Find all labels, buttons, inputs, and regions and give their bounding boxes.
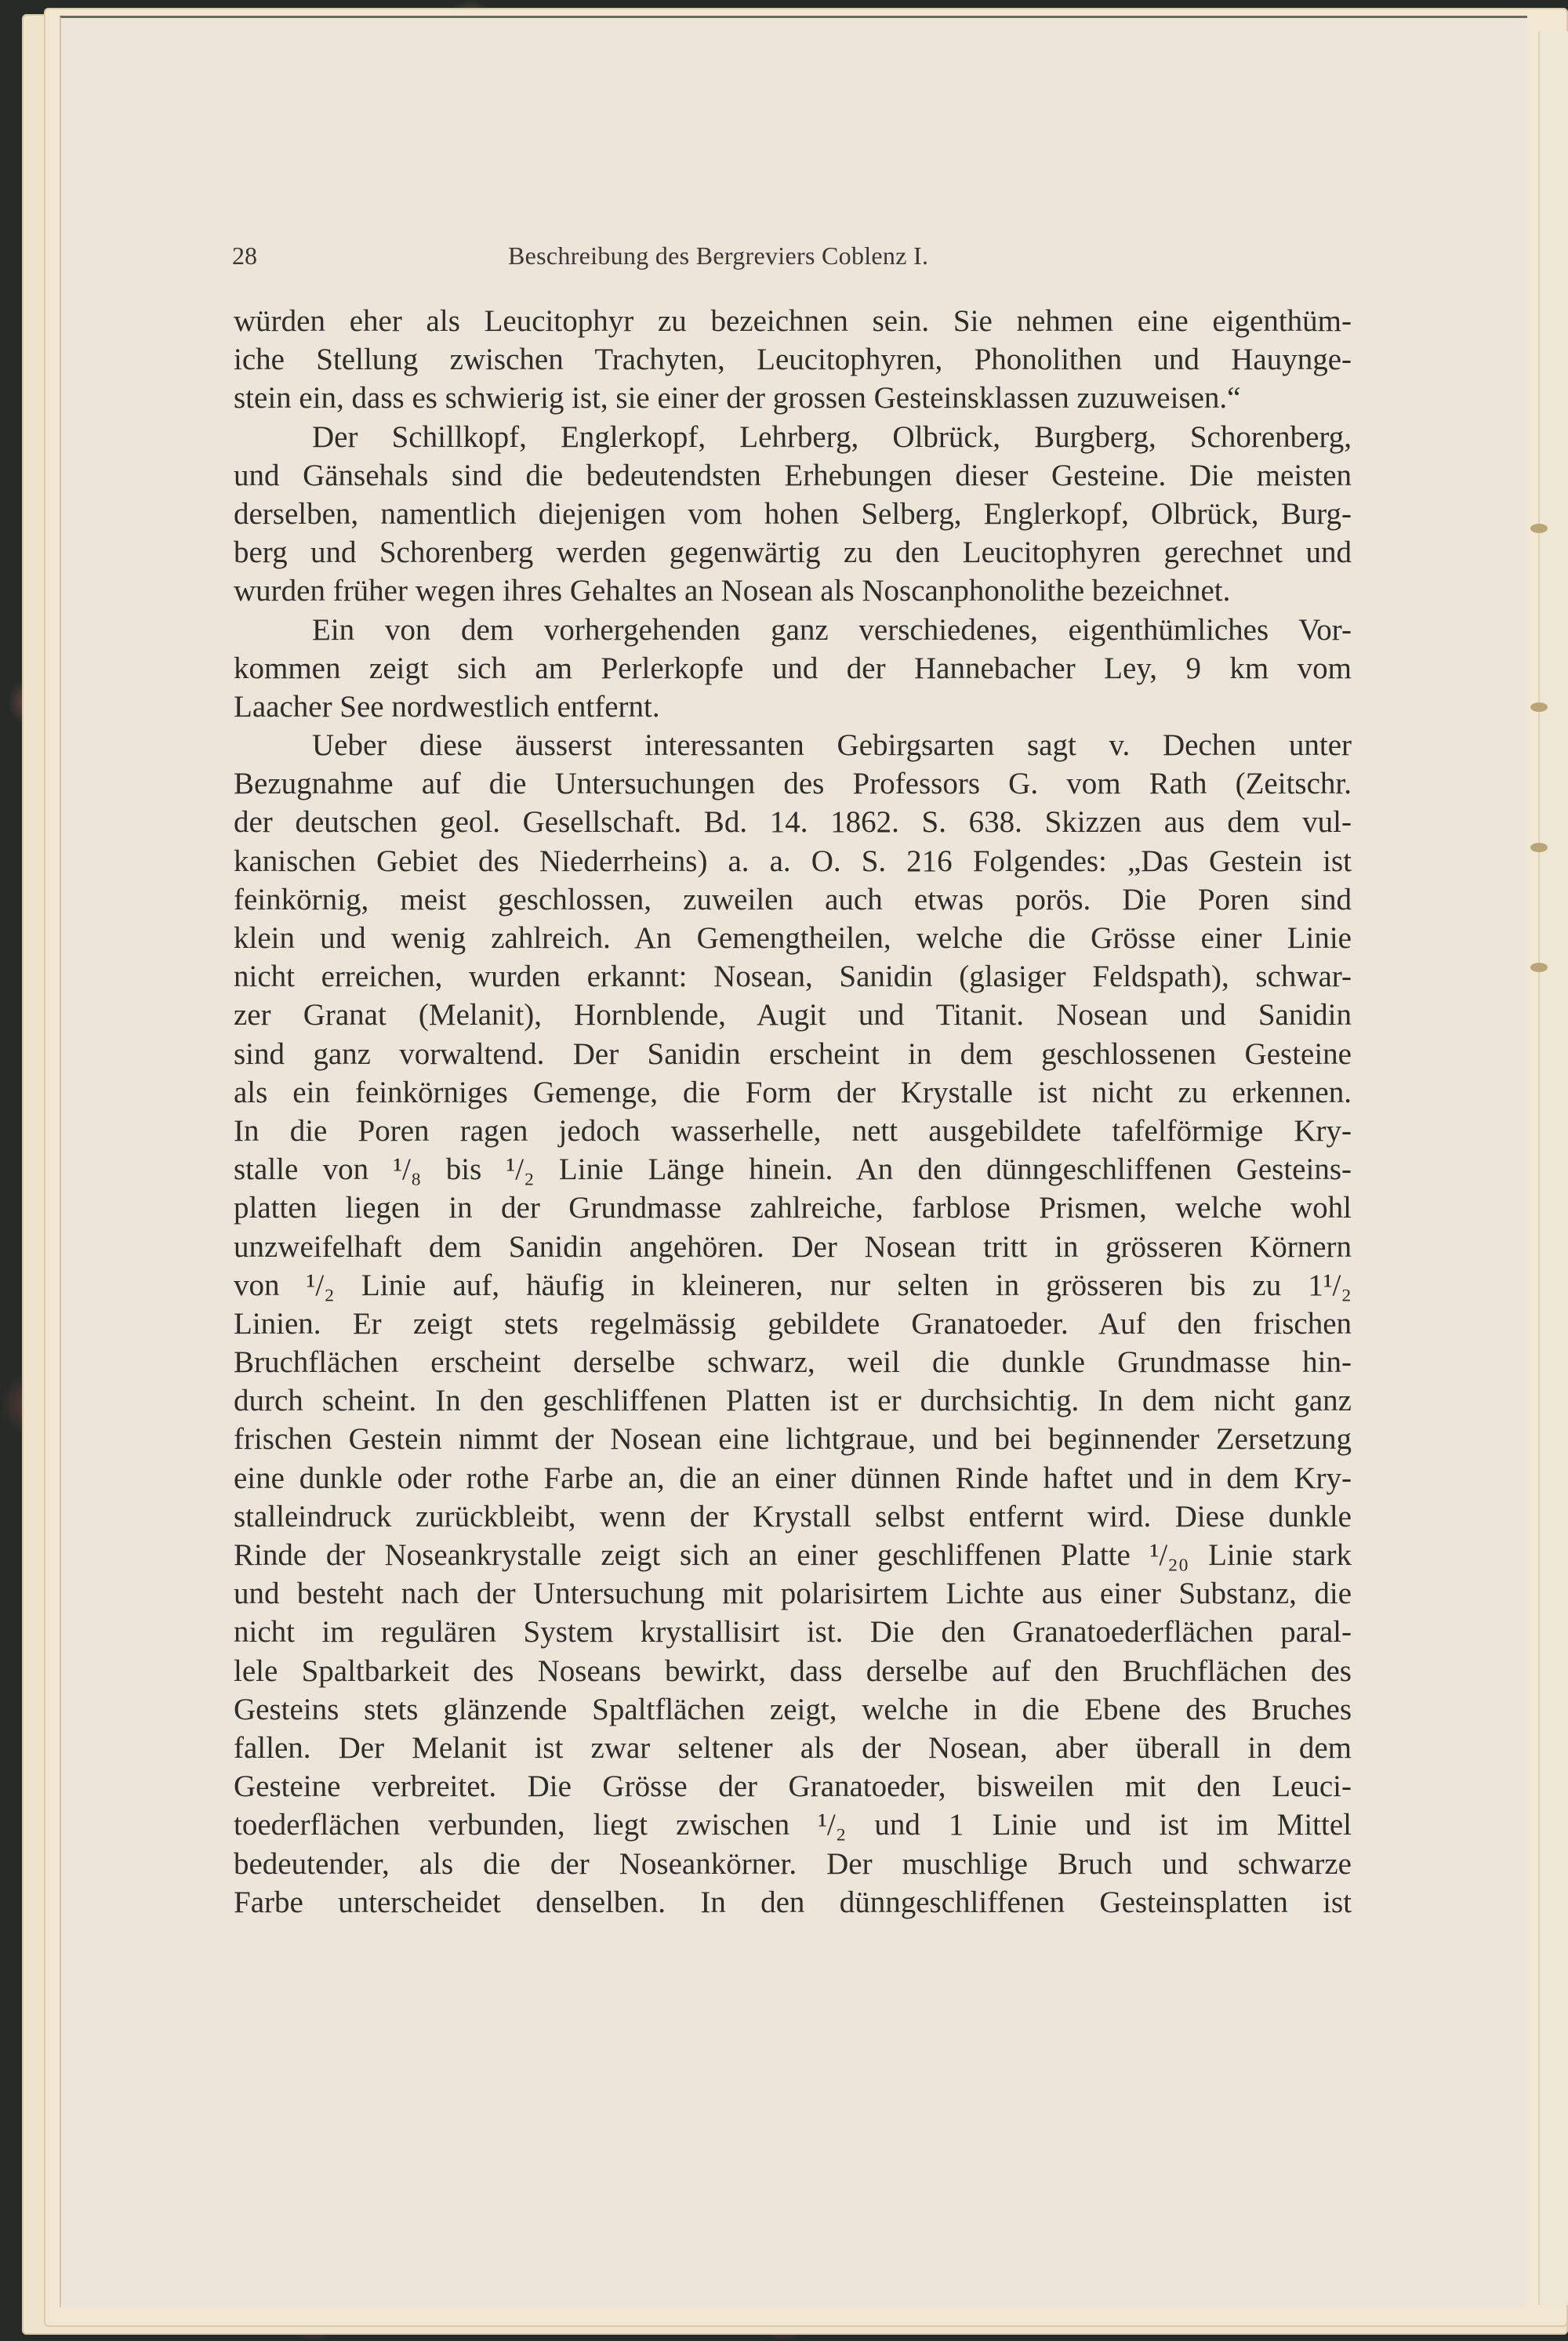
text-line: Gesteins stets glänzende Spaltflächen ze… bbox=[234, 1690, 1352, 1729]
paragraph: würden eher als Leucitophyr zu bezeichne… bbox=[234, 302, 1352, 418]
text-line: In die Poren ragen jedoch wasserhelle, n… bbox=[234, 1112, 1352, 1150]
binding-thread-mark bbox=[1530, 843, 1548, 852]
text-line: Ueber diese äusserst interessanten Gebir… bbox=[234, 726, 1352, 764]
text-line: durch scheint. In den geschliffenen Plat… bbox=[234, 1381, 1352, 1420]
text-line: nicht erreichen, wurden erkannt: Nosean,… bbox=[234, 957, 1352, 996]
text-line: stalle von ¹/₈ bis ¹/₂ Linie Länge hinei… bbox=[234, 1150, 1352, 1189]
text-line: klein und wenig zahlreich. An Gemengthei… bbox=[234, 919, 1352, 957]
text-line: und Gänsehals sind die bedeutendsten Erh… bbox=[234, 456, 1352, 495]
facing-page-edge bbox=[1538, 31, 1568, 2305]
text-line: unzweifelhaft dem Sanidin angehören. Der… bbox=[234, 1228, 1352, 1266]
paragraph: Ein von dem vorhergehenden ganz verschie… bbox=[234, 611, 1352, 727]
text-line: iche Stellung zwischen Trachyten, Leucit… bbox=[234, 340, 1352, 379]
text-line: nicht im regulären System krystallisirt … bbox=[234, 1613, 1352, 1651]
binding-thread-mark bbox=[1530, 963, 1548, 972]
text-line: wurden früher wegen ihres Gehaltes an No… bbox=[234, 572, 1352, 610]
page-number: 28 bbox=[232, 241, 257, 270]
binding-thread-mark bbox=[1530, 702, 1548, 712]
text-line: Bezugnahme auf die Untersuchungen des Pr… bbox=[234, 764, 1352, 803]
text-line: von ¹/₂ Linie auf, häufig in kleineren, … bbox=[234, 1266, 1352, 1305]
text-line: der deutschen geol. Gesellschaft. Bd. 14… bbox=[234, 803, 1352, 841]
text-line: berg und Schorenberg werden gegenwärtig … bbox=[234, 533, 1352, 572]
text-line: Der Schillkopf, Englerkopf, Lehrberg, Ol… bbox=[234, 418, 1352, 456]
text-line: Linien. Er zeigt stets regelmässig gebil… bbox=[234, 1305, 1352, 1343]
text-line: kanischen Gebiet des Niederrheins) a. a.… bbox=[234, 842, 1352, 880]
text-line: als ein feinkörniges Gemenge, die Form d… bbox=[234, 1073, 1352, 1112]
text-line: lele Spaltbarkeit des Noseans bewirkt, d… bbox=[234, 1652, 1352, 1690]
text-line: stalleindruck zurückbleibt, wenn der Kry… bbox=[234, 1497, 1352, 1536]
text-line: Laacher See nordwestlich entfernt. bbox=[234, 688, 1352, 726]
text-line: fallen. Der Melanit ist zwar seltener al… bbox=[234, 1729, 1352, 1767]
text-line: Rinde der Noseankrystalle zeigt sich an … bbox=[234, 1536, 1352, 1574]
text-line: eine dunkle oder rothe Farbe an, die an … bbox=[234, 1459, 1352, 1497]
body-text: würden eher als Leucitophyr zu bezeichne… bbox=[234, 302, 1352, 1922]
text-line: sind ganz vorwaltend. Der Sanidin ersche… bbox=[234, 1035, 1352, 1073]
running-header: 28 Beschreibung des Bergreviers Coblenz … bbox=[232, 241, 1330, 273]
running-title: Beschreibung des Bergreviers Coblenz I. bbox=[508, 241, 928, 270]
binding-thread-mark bbox=[1530, 524, 1548, 533]
paragraph: Ueber diese äusserst interessanten Gebir… bbox=[234, 726, 1352, 1922]
text-line: Gesteine verbreitet. Die Grösse der Gran… bbox=[234, 1767, 1352, 1806]
text-line: frischen Gestein nimmt der Nosean eine l… bbox=[234, 1420, 1352, 1458]
text-line: toederflächen verbunden, liegt zwischen … bbox=[234, 1806, 1352, 1844]
text-line: und besteht nach der Untersuchung mit po… bbox=[234, 1574, 1352, 1613]
text-line: zer Granat (Melanit), Hornblende, Augit … bbox=[234, 996, 1352, 1034]
text-line: feinkörnig, meist geschlossen, zuweilen … bbox=[234, 880, 1352, 919]
text-line: stein ein, dass es schwierig ist, sie ei… bbox=[234, 379, 1352, 417]
text-line: derselben, namentlich diejenigen vom hoh… bbox=[234, 495, 1352, 533]
text-line: Ein von dem vorhergehenden ganz verschie… bbox=[234, 611, 1352, 649]
text-line: würden eher als Leucitophyr zu bezeichne… bbox=[234, 302, 1352, 340]
paragraph: Der Schillkopf, Englerkopf, Lehrberg, Ol… bbox=[234, 418, 1352, 611]
text-line: Bruchflächen erscheint derselbe schwarz,… bbox=[234, 1343, 1352, 1381]
text-line: bedeutender, als die der Noseankörner. D… bbox=[234, 1845, 1352, 1883]
text-line: kommen zeigt sich am Perlerkopfe und der… bbox=[234, 649, 1352, 688]
text-line: Farbe unterscheidet denselben. In den dü… bbox=[234, 1883, 1352, 1922]
text-line: platten liegen in der Grundmasse zahlrei… bbox=[234, 1189, 1352, 1227]
